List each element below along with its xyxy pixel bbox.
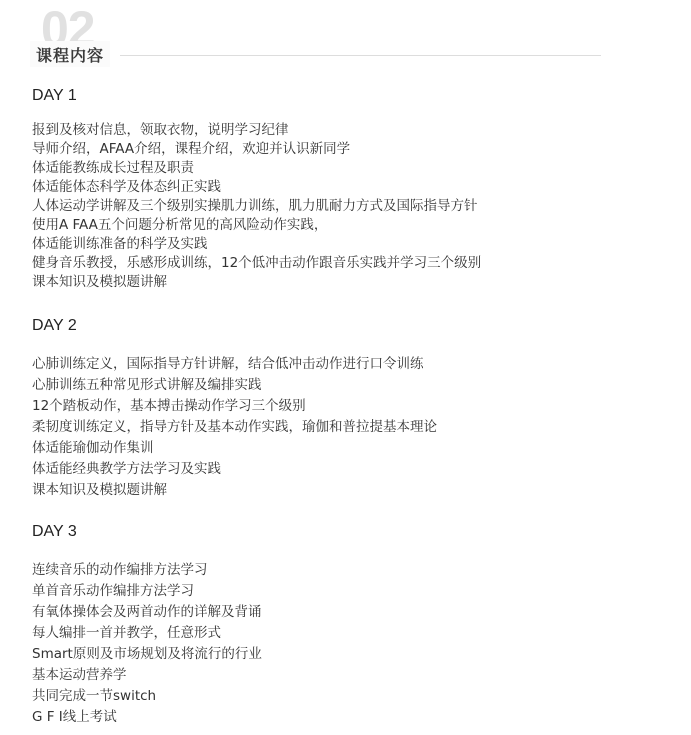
list-item: 体适能训练准备的科学及实践 [32,235,481,254]
list-item: 使用A FAA五个问题分析常见的高风险动作实践， [32,216,481,235]
section-header: 02 课程内容 [0,0,691,70]
list-item: 柔韧度训练定义，指导方针及基本动作实践，瑜伽和普拉提基本理论 [32,417,437,438]
list-item: 有氧体操体会及两首动作的详解及背诵 [32,602,262,623]
list-item: 基本运动营养学 [32,665,262,686]
list-item: 单首音乐动作编排方法学习 [32,581,262,602]
section-title-box: 课程内容 [30,41,110,67]
day-2-block: DAY 2 心肺训练定义，国际指导方针讲解，结合低冲击动作进行口令训练 心肺训练… [32,316,437,501]
list-item: 课本知识及模拟题讲解 [32,480,437,501]
day-1-block: DAY 1 报到及核对信息，领取衣物，说明学习纪律 导师介绍，AFAA介绍，课程… [32,86,481,292]
day-2-title: DAY 2 [32,316,437,336]
list-item: G F I线上考试 [32,707,262,728]
day-1-list: 报到及核对信息，领取衣物，说明学习纪律 导师介绍，AFAA介绍，课程介绍，欢迎并… [32,121,481,292]
list-item: 体适能体态科学及体态纠正实践 [32,178,481,197]
list-item: 心肺训练定义，国际指导方针讲解，结合低冲击动作进行口令训练 [32,354,437,375]
list-item: 连续音乐的动作编排方法学习 [32,560,262,581]
header-divider [120,55,601,56]
day-3-list: 连续音乐的动作编排方法学习 单首音乐动作编排方法学习 有氧体操体会及两首动作的详… [32,560,262,728]
list-item: 共同完成一节switch [32,686,262,707]
list-item: 课本知识及模拟题讲解 [32,273,481,292]
list-item: 报到及核对信息，领取衣物，说明学习纪律 [32,121,481,140]
section-title: 课程内容 [36,43,104,66]
list-item: 体适能教练成长过程及职责 [32,159,481,178]
list-item: Smart原则及市场规划及将流行的行业 [32,644,262,665]
day-3-title: DAY 3 [32,522,262,542]
list-item: 12个踏板动作，基本搏击操动作学习三个级别 [32,396,437,417]
list-item: 心肺训练五种常见形式讲解及编排实践 [32,375,437,396]
list-item: 人体运动学讲解及三个级别实操肌力训练，肌力肌耐力方式及国际指导方针 [32,197,481,216]
list-item: 导师介绍，AFAA介绍，课程介绍，欢迎并认识新同学 [32,140,481,159]
list-item: 体适能瑜伽动作集训 [32,438,437,459]
list-item: 健身音乐教授，乐感形成训练，12个低冲击动作跟音乐实践并学习三个级别 [32,254,481,273]
day-1-title: DAY 1 [32,86,481,106]
day-2-list: 心肺训练定义，国际指导方针讲解，结合低冲击动作进行口令训练 心肺训练五种常见形式… [32,354,437,501]
day-3-block: DAY 3 连续音乐的动作编排方法学习 单首音乐动作编排方法学习 有氧体操体会及… [32,522,262,728]
list-item: 体适能经典教学方法学习及实践 [32,459,437,480]
list-item: 每人编排一首并教学，任意形式 [32,623,262,644]
